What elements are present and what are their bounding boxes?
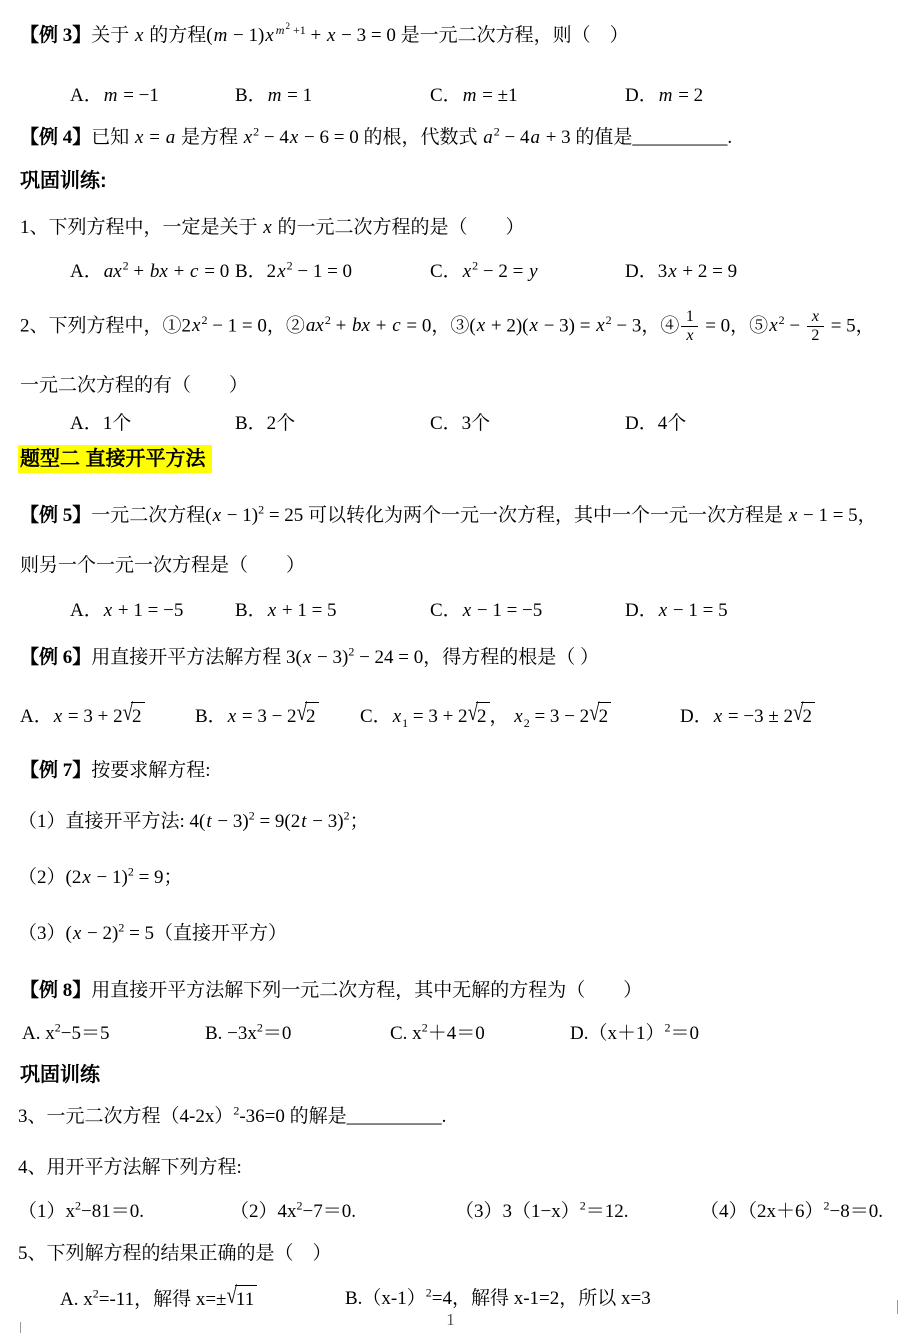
scan-mark-left bbox=[20, 1322, 21, 1333]
heading-topic-2: 题型二 直接开平方法 bbox=[18, 446, 895, 473]
part-2: （2）4x2−7＝0. bbox=[230, 1198, 455, 1225]
ex7-part3: （3）(x − 2)2 = 5（直接开平方） bbox=[18, 920, 895, 947]
option-c: C．x2 − 2 = y bbox=[430, 258, 625, 285]
option-d: D．x = −3 ± 2√2 bbox=[680, 702, 815, 730]
option-c: C. x2＋4＝0 bbox=[390, 1020, 570, 1047]
problem-ex5-line2: 则另一个一元一次方程是（ ） bbox=[20, 552, 895, 579]
option-a: A．m = −1 bbox=[70, 82, 235, 109]
worksheet-page: 【例 3】关于 x 的方程(m − 1)xm2 +1 + x − 3 = 0 是… bbox=[0, 0, 901, 1340]
option-b: B．2个 bbox=[235, 410, 430, 437]
option-b: B.（x-1）2=4，解得 x-1=2，所以 x=3 bbox=[345, 1285, 651, 1313]
options-ex6: A．x = 3 + 2√2 B．x = 3 − 2√2 C．x1 = 3 + 2… bbox=[0, 702, 895, 730]
option-c: C．3个 bbox=[430, 410, 625, 437]
options-q1: A．ax2 + bx + c = 0 B．2x2 − 1 = 0 C．x2 − … bbox=[20, 258, 895, 285]
option-d: D．4个 bbox=[625, 410, 686, 437]
options-q5: A. x2=-11，解得 x=±√11 B.（x-1）2=4，解得 x-1=2，… bbox=[0, 1285, 895, 1313]
options-ex3: A．m = −1 B．m = 1 C．m = ±1 D．m = 2 bbox=[20, 82, 895, 109]
problem-ex4: 【例 4】已知 x = a 是方程 x2 − 4x − 6 = 0 的根，代数式… bbox=[20, 124, 895, 151]
ex7-part1: （1）直接开平方法: 4(t − 3)2 = 9(2t − 3)2； bbox=[18, 808, 895, 835]
option-c: C．m = ±1 bbox=[430, 82, 625, 109]
option-d: D．x − 1 = 5 bbox=[625, 597, 728, 624]
option-c: C．x1 = 3 + 2√2， x2 = 3 − 2√2 bbox=[360, 702, 680, 730]
option-b: B．x + 1 = 5 bbox=[235, 597, 430, 624]
problem-ex8: 【例 8】用直接开平方法解下列一元二次方程，其中无解的方程为（ ） bbox=[20, 977, 895, 1004]
option-b: B．x = 3 − 2√2 bbox=[195, 702, 360, 730]
option-c: C．x − 1 = −5 bbox=[430, 597, 625, 624]
option-d: D.（x＋1）2＝0 bbox=[570, 1020, 699, 1047]
heading-consolidation-1: 巩固训练: bbox=[20, 168, 895, 195]
question-3: 3、一元二次方程（4-2x）2-36=0 的解是__________. bbox=[18, 1103, 895, 1130]
problem-ex3: 【例 3】关于 x 的方程(m − 1)xm2 +1 + x − 3 = 0 是… bbox=[20, 22, 895, 49]
option-a: A．x = 3 + 2√2 bbox=[20, 702, 195, 730]
heading-consolidation-2: 巩固训练 bbox=[20, 1062, 895, 1089]
option-d: D．m = 2 bbox=[625, 82, 703, 109]
problem-ex6: 【例 6】用直接开平方法解方程 3(x − 3)2 − 24 = 0，得方程的根… bbox=[20, 644, 895, 671]
option-b: B. −3x2＝0 bbox=[205, 1020, 390, 1047]
question-2-line1: 2、下列方程中，①2x2 − 1 = 0，②ax2 + bx + c = 0，③… bbox=[20, 308, 895, 346]
option-b: B．m = 1 bbox=[235, 82, 430, 109]
problem-ex7: 【例 7】按要求解方程: bbox=[20, 757, 895, 784]
options-q2: A．1个 B．2个 C．3个 D．4个 bbox=[20, 410, 895, 437]
question-2-line2: 一元二次方程的有（ ） bbox=[20, 372, 895, 399]
ex7-part2: （2）(2x − 1)2 = 9； bbox=[18, 864, 895, 891]
option-a: A. x2−5＝5 bbox=[22, 1020, 205, 1047]
option-d: D．3x + 2 = 9 bbox=[625, 258, 737, 285]
problem-ex5-line1: 【例 5】一元二次方程(x − 1)2 = 25 可以转化为两个一元一次方程，其… bbox=[20, 502, 895, 529]
part-1: （1）x2−81＝0. bbox=[18, 1198, 230, 1225]
part-3: （3）3（1−x）2＝12. bbox=[455, 1198, 700, 1225]
page-number: 1 bbox=[0, 1310, 901, 1330]
question-4: 4、用开平方法解下列方程: bbox=[18, 1154, 895, 1181]
scan-mark-right bbox=[897, 1300, 898, 1314]
question-5: 5、下列解方程的结果正确的是（ ） bbox=[18, 1240, 895, 1267]
options-ex8: A. x2−5＝5 B. −3x2＝0 C. x2＋4＝0 D.（x＋1）2＝0 bbox=[0, 1020, 895, 1047]
question-4-parts: （1）x2−81＝0. （2）4x2−7＝0. （3）3（1−x）2＝12. （… bbox=[0, 1198, 895, 1225]
option-b: B．2x2 − 1 = 0 bbox=[235, 258, 430, 285]
options-ex5: A．x + 1 = −5 B．x + 1 = 5 C．x − 1 = −5 D．… bbox=[20, 597, 895, 624]
option-a: A．ax2 + bx + c = 0 bbox=[70, 258, 235, 285]
option-a: A．1个 bbox=[70, 410, 235, 437]
part-4: （4）（2x＋6）2−8＝0. bbox=[700, 1198, 883, 1225]
question-1: 1、下列方程中，一定是关于 x 的一元二次方程的是（ ） bbox=[20, 214, 895, 241]
option-a: A. x2=-11，解得 x=±√11 bbox=[60, 1285, 345, 1313]
option-a: A．x + 1 = −5 bbox=[70, 597, 235, 624]
